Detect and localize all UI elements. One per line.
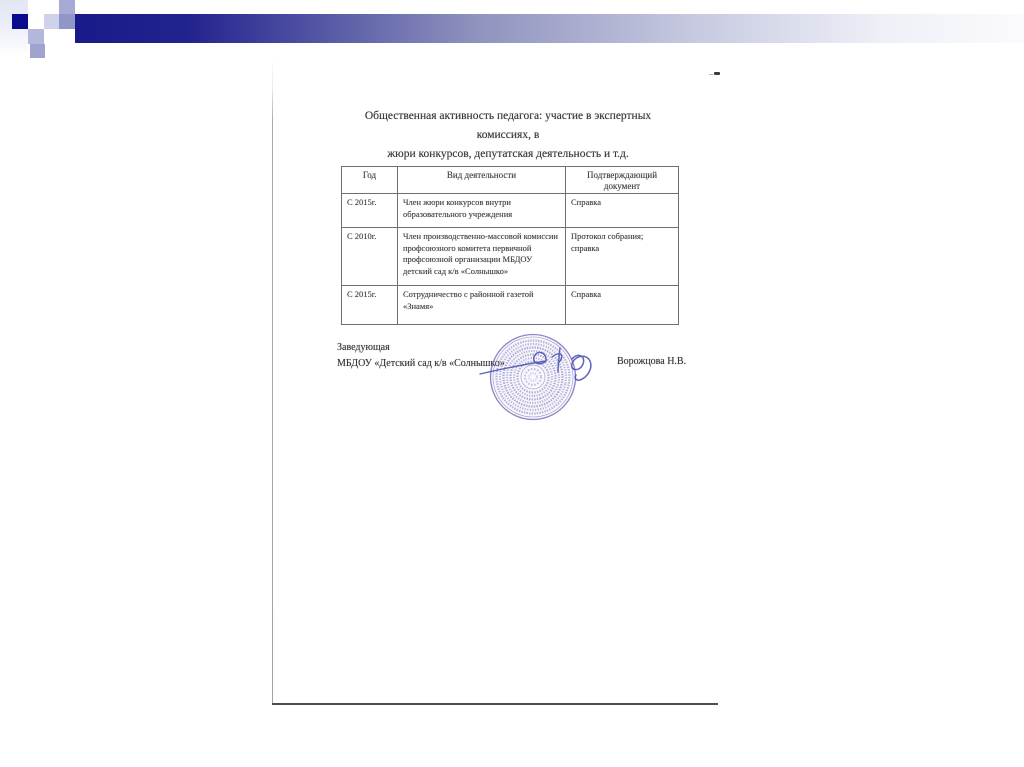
header-bar: [75, 14, 1024, 43]
document-title: Общественная активность педагога: участи…: [338, 107, 678, 164]
page-left-edge: [272, 57, 273, 703]
document-title-line1: Общественная активность педагога: участи…: [338, 107, 678, 145]
table-row: С 2010г. Член производственно-массовой к…: [342, 228, 679, 286]
cell-doc: Справка: [566, 194, 679, 228]
table-header-doc: Подтверждающий документ: [566, 167, 679, 194]
deco-square-5: [30, 44, 45, 58]
scanned-page: Общественная активность педагога: участи…: [272, 57, 718, 705]
cell-activity: Член производственно-массовой комиссии п…: [398, 228, 566, 286]
cell-year: С 2015г.: [342, 286, 398, 325]
deco-square-2: [44, 14, 59, 29]
activity-table: Год Вид деятельности Подтверждающий доку…: [341, 166, 679, 325]
table-row: С 2015г. Член жюри конкурсов внутри обра…: [342, 194, 679, 228]
deco-square-4: [28, 29, 44, 44]
deco-square-1: [59, 0, 75, 14]
cell-doc: Справка: [566, 286, 679, 325]
cell-year: С 2010г.: [342, 228, 398, 286]
scan-artifact-dash: [714, 72, 720, 75]
table-row: С 2015г. Сотрудничество с районной газет…: [342, 286, 679, 325]
cell-doc: Протокол собрания; справка: [566, 228, 679, 286]
round-stamp-and-signature: [460, 329, 616, 427]
deco-square-navy: [12, 14, 28, 29]
cell-activity: Член жюри конкурсов внутри образовательн…: [398, 194, 566, 228]
cell-activity: Сотрудничество с районной газетой «Знамя…: [398, 286, 566, 325]
table-header-activity: Вид деятельности: [398, 167, 566, 194]
table-header-row: Год Вид деятельности Подтверждающий доку…: [342, 167, 679, 194]
slide-canvas: Общественная активность педагога: участи…: [0, 0, 1024, 767]
cell-year: С 2015г.: [342, 194, 398, 228]
signatory-name: Ворожцова Н.В.: [617, 356, 686, 367]
document-title-line2: жюри конкурсов, депутатская деятельность…: [338, 145, 678, 164]
table-header-year: Год: [342, 167, 398, 194]
deco-square-3: [59, 14, 75, 29]
stamp-icon: [491, 335, 576, 420]
